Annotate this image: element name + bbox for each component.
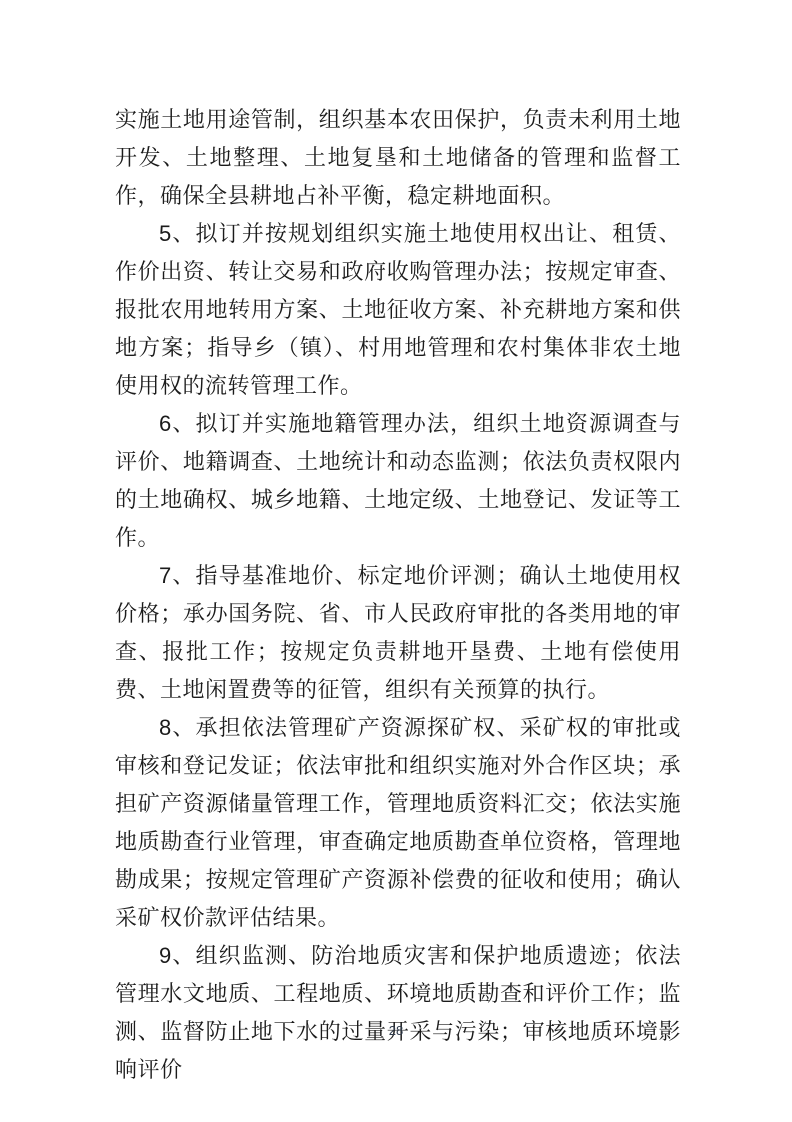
page-footer: 28: [0, 1022, 792, 1040]
page-number: 28: [389, 1023, 403, 1038]
paragraph-item-7: 7、指导基准地价、标定地价评测；确认土地使用权价格；承办国务院、省、市人民政府审…: [115, 557, 681, 709]
paragraph-continuation: 实施土地用途管制，组织基本农田保护，负责未利用土地开发、土地整理、土地复垦和土地…: [115, 101, 681, 215]
paragraph-item-5: 5、拟订并按规划组织实施土地使用权出让、租赁、作价出资、转让交易和政府收购管理办…: [115, 215, 681, 405]
paragraph-item-9: 9、组织监测、防治地质灾害和保护地质遗迹；依法管理水文地质、工程地质、环境地质勘…: [115, 937, 681, 1089]
paragraph-item-8: 8、承担依法管理矿产资源探矿权、采矿权的审批或审核和登记发证；依法审批和组织实施…: [115, 709, 681, 937]
paragraph-item-6: 6、拟订并实施地籍管理办法，组织土地资源调查与评价、地籍调查、土地统计和动态监测…: [115, 405, 681, 557]
page-body: 实施土地用途管制，组织基本农田保护，负责未利用土地开发、土地整理、土地复垦和土地…: [115, 101, 681, 1089]
document-page: 实施土地用途管制，组织基本农田保护，负责未利用土地开发、土地整理、土地复垦和土地…: [0, 0, 792, 1122]
